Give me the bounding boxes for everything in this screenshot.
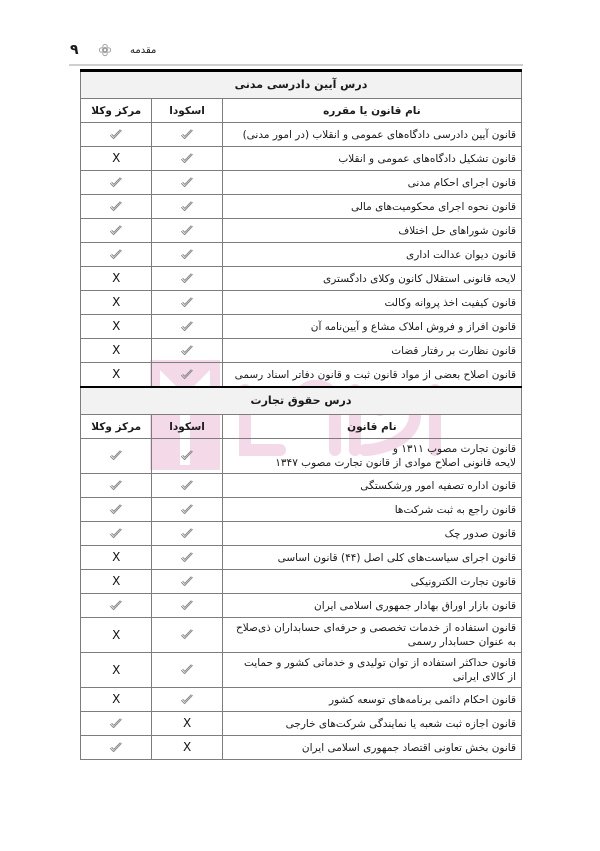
- law-name: قانون اجرای احکام مدنی: [228, 176, 516, 190]
- check-icon: [180, 552, 194, 564]
- eskooda-cell: [152, 546, 222, 570]
- check-icon: [180, 129, 194, 141]
- check-icon: [109, 177, 123, 189]
- law-name-cell: قانون نحوه اجرای محکومیت‌های مالی: [222, 195, 521, 219]
- eskooda-cell: X: [152, 712, 222, 736]
- x-mark-icon: X: [112, 319, 120, 333]
- check-icon: [109, 742, 123, 754]
- check-icon: [180, 694, 194, 706]
- law-name-cell: قانون راجع به ثبت شرکت‌ها: [222, 498, 521, 522]
- x-mark-icon: X: [112, 151, 120, 165]
- table-row: قانون شوراهای حل اختلاف: [81, 219, 522, 243]
- markaz-cell: [81, 498, 152, 522]
- law-name: قانون بازار اوراق بهادار جمهوری اسلامی ا…: [228, 599, 516, 613]
- table-row: قانون نحوه اجرای محکومیت‌های مالی: [81, 195, 522, 219]
- x-mark-icon: X: [112, 343, 120, 357]
- column-header-name: نام قانون: [222, 415, 521, 439]
- x-mark-icon: X: [183, 716, 191, 730]
- eskooda-cell: [152, 195, 222, 219]
- running-section-title: مقدمه: [130, 45, 156, 56]
- markaz-cell: [81, 243, 152, 267]
- law-name-cell: قانون دیوان عدالت اداری: [222, 243, 521, 267]
- table-row: قانون احکام دائمی برنامه‌های توسعه کشور …: [81, 688, 522, 712]
- check-icon: [180, 629, 194, 641]
- x-mark-icon: X: [112, 692, 120, 706]
- eskooda-cell: [152, 147, 222, 171]
- x-mark-icon: X: [112, 663, 120, 677]
- law-name-cell: قانون حداکثر استفاده از توان تولیدی و خد…: [222, 653, 521, 688]
- eskooda-cell: [152, 474, 222, 498]
- eskooda-cell: [152, 363, 222, 388]
- column-header-name: نام قانون یا مقرره: [222, 99, 521, 123]
- eskooda-cell: [152, 570, 222, 594]
- table-body: درس آیین دادرسی مدنی نام قانون یا مقرره …: [81, 71, 522, 760]
- check-icon: [180, 528, 194, 540]
- eskooda-cell: [152, 315, 222, 339]
- table-row: قانون تجارت مصوب ۱۳۱۱ و لایحه قانونی اصل…: [81, 439, 522, 474]
- law-name: قانون اداره تصفیه امور ورشکستگی: [228, 479, 516, 493]
- law-name-cell: قانون کیفیت اخذ پروانه وکالت: [222, 291, 521, 315]
- markaz-cell: [81, 195, 152, 219]
- law-name-cell: قانون افراز و فروش املاک مشاع و آیین‌نام…: [222, 315, 521, 339]
- table-row: لایحه قانونی استقلال کانون وکلای دادگستر…: [81, 267, 522, 291]
- table-row: قانون حداکثر استفاده از توان تولیدی و خد…: [81, 653, 522, 688]
- x-mark-icon: X: [112, 271, 120, 285]
- law-name-cell: قانون بازار اوراق بهادار جمهوری اسلامی ا…: [222, 594, 521, 618]
- column-header-eskooda: اسکودا: [152, 99, 222, 123]
- check-icon: [180, 249, 194, 261]
- eskooda-cell: [152, 267, 222, 291]
- check-icon: [109, 450, 123, 462]
- eskooda-cell: [152, 291, 222, 315]
- table-row: قانون استفاده از خدمات تخصصی و حرفه‌ای ح…: [81, 618, 522, 653]
- markaz-cell: X: [81, 267, 152, 291]
- x-mark-icon: X: [112, 550, 120, 564]
- law-name: قانون تشکیل دادگاه‌های عمومی و انقلاب: [228, 152, 516, 166]
- table-row: قانون کیفیت اخذ پروانه وکالت X: [81, 291, 522, 315]
- markaz-cell: [81, 219, 152, 243]
- page-number: ۹: [70, 42, 79, 58]
- table-row: قانون افراز و فروش املاک مشاع و آیین‌نام…: [81, 315, 522, 339]
- law-name-cell: قانون صدور چک: [222, 522, 521, 546]
- markaz-cell: X: [81, 618, 152, 653]
- table-row: قانون تجارت الکترونیکی X: [81, 570, 522, 594]
- table-row: قانون دیوان عدالت اداری: [81, 243, 522, 267]
- markaz-cell: X: [81, 653, 152, 688]
- law-name-cell: قانون اصلاح بعضی از مواد قانون ثبت و قان…: [222, 363, 521, 388]
- eskooda-cell: [152, 243, 222, 267]
- x-mark-icon: X: [112, 628, 120, 642]
- check-icon: [180, 504, 194, 516]
- law-name-cell: قانون اجازه ثبت شعبه یا نمایندگی شرکت‌ها…: [222, 712, 521, 736]
- eskooda-cell: [152, 123, 222, 147]
- markaz-cell: [81, 522, 152, 546]
- column-header-markaz: مرکز وکلا: [81, 415, 152, 439]
- markaz-cell: X: [81, 315, 152, 339]
- table-row: قانون نظارت بر رفتار قضات X: [81, 339, 522, 363]
- check-icon: [109, 528, 123, 540]
- law-name: قانون اجازه ثبت شعبه یا نمایندگی شرکت‌ها…: [228, 717, 516, 731]
- markaz-cell: [81, 123, 152, 147]
- markaz-cell: X: [81, 546, 152, 570]
- section-title-row: درس حقوق تجارت: [81, 387, 522, 415]
- eskooda-cell: [152, 688, 222, 712]
- law-name-cell: قانون شوراهای حل اختلاف: [222, 219, 521, 243]
- markaz-cell: X: [81, 688, 152, 712]
- law-name-cell: قانون اجرای سیاست‌های کلی اصل (۴۴) قانون…: [222, 546, 521, 570]
- law-name: قانون بخش تعاونی اقتصاد جمهوری اسلامی ای…: [228, 741, 516, 755]
- law-name: قانون احکام دائمی برنامه‌های توسعه کشور: [228, 693, 516, 707]
- column-header-markaz: مرکز وکلا: [81, 99, 152, 123]
- law-name-cell: لایحه قانونی استقلال کانون وکلای دادگستر…: [222, 267, 521, 291]
- check-icon: [180, 297, 194, 309]
- section-title: درس آیین دادرسی مدنی: [81, 71, 522, 99]
- eskooda-cell: X: [152, 736, 222, 760]
- table-row: قانون اجرای سیاست‌های کلی اصل (۴۴) قانون…: [81, 546, 522, 570]
- column-header-eskooda: اسکودا: [152, 415, 222, 439]
- check-icon: [180, 153, 194, 165]
- law-name: قانون راجع به ثبت شرکت‌ها: [228, 503, 516, 517]
- eskooda-cell: [152, 439, 222, 474]
- markaz-cell: X: [81, 339, 152, 363]
- eskooda-cell: [152, 498, 222, 522]
- law-name-cell: قانون اداره تصفیه امور ورشکستگی: [222, 474, 521, 498]
- check-icon: [109, 201, 123, 213]
- column-header-row: نام قانون اسکودا مرکز وکلا: [81, 415, 522, 439]
- law-name: قانون دیوان عدالت اداری: [228, 248, 516, 262]
- check-icon: [180, 576, 194, 588]
- law-name-cell: قانون استفاده از خدمات تخصصی و حرفه‌ای ح…: [222, 618, 521, 653]
- table-row: قانون تشکیل دادگاه‌های عمومی و انقلاب X: [81, 147, 522, 171]
- check-icon: [180, 600, 194, 612]
- markaz-cell: [81, 439, 152, 474]
- law-name: قانون صدور چک: [228, 527, 516, 541]
- law-name-cell: قانون نظارت بر رفتار قضات: [222, 339, 521, 363]
- check-icon: [180, 345, 194, 357]
- law-name-cell: قانون احکام دائمی برنامه‌های توسعه کشور: [222, 688, 521, 712]
- law-name: قانون اجرای سیاست‌های کلی اصل (۴۴) قانون…: [228, 551, 516, 565]
- table-row: قانون بازار اوراق بهادار جمهوری اسلامی ا…: [81, 594, 522, 618]
- section-title: درس حقوق تجارت: [81, 387, 522, 415]
- markaz-cell: [81, 736, 152, 760]
- check-icon: [109, 504, 123, 516]
- law-name: قانون اصلاح بعضی از مواد قانون ثبت و قان…: [228, 368, 516, 382]
- check-icon: [109, 225, 123, 237]
- table-row: قانون بخش تعاونی اقتصاد جمهوری اسلامی ای…: [81, 736, 522, 760]
- law-name: قانون حداکثر استفاده از توان تولیدی و خد…: [228, 656, 516, 684]
- eskooda-cell: [152, 171, 222, 195]
- markaz-cell: X: [81, 570, 152, 594]
- law-name-cell: قانون تجارت الکترونیکی: [222, 570, 521, 594]
- law-name-cell: قانون تشکیل دادگاه‌های عمومی و انقلاب: [222, 147, 521, 171]
- law-name: لایحه قانونی استقلال کانون وکلای دادگستر…: [228, 272, 516, 286]
- law-name: قانون کیفیت اخذ پروانه وکالت: [228, 296, 516, 310]
- markaz-cell: [81, 171, 152, 195]
- check-icon: [109, 129, 123, 141]
- check-icon: [180, 321, 194, 333]
- table-row: قانون اصلاح بعضی از مواد قانون ثبت و قان…: [81, 363, 522, 388]
- section-title-row: درس آیین دادرسی مدنی: [81, 71, 522, 99]
- law-name: قانون استفاده از خدمات تخصصی و حرفه‌ای ح…: [228, 621, 516, 649]
- check-icon: [180, 273, 194, 285]
- x-mark-icon: X: [112, 574, 120, 588]
- markaz-cell: X: [81, 363, 152, 388]
- law-name: قانون نظارت بر رفتار قضات: [228, 344, 516, 358]
- check-icon: [180, 225, 194, 237]
- check-icon: [109, 480, 123, 492]
- law-name: قانون تجارت الکترونیکی: [228, 575, 516, 589]
- check-icon: [180, 664, 194, 676]
- check-icon: [109, 718, 123, 730]
- page-header: ۹ مقدمه: [70, 42, 522, 62]
- check-icon: [109, 600, 123, 612]
- markaz-cell: [81, 712, 152, 736]
- eskooda-cell: [152, 594, 222, 618]
- markaz-cell: X: [81, 147, 152, 171]
- table-row: قانون آیین دادرسی دادگاه‌های عمومی و انق…: [81, 123, 522, 147]
- table-row: قانون اداره تصفیه امور ورشکستگی: [81, 474, 522, 498]
- law-name: قانون آیین دادرسی دادگاه‌های عمومی و انق…: [228, 128, 516, 142]
- eskooda-cell: [152, 522, 222, 546]
- law-name-cell: قانون آیین دادرسی دادگاه‌های عمومی و انق…: [222, 123, 521, 147]
- table-row: قانون اجازه ثبت شعبه یا نمایندگی شرکت‌ها…: [81, 712, 522, 736]
- check-icon: [180, 177, 194, 189]
- law-name: قانون نحوه اجرای محکومیت‌های مالی: [228, 200, 516, 214]
- law-name: قانون تجارت مصوب ۱۳۱۱ و لایحه قانونی اصل…: [228, 442, 516, 470]
- table-row: قانون اجرای احکام مدنی: [81, 171, 522, 195]
- law-name-cell: قانون بخش تعاونی اقتصاد جمهوری اسلامی ای…: [222, 736, 521, 760]
- x-mark-icon: X: [112, 295, 120, 309]
- check-icon: [180, 369, 194, 381]
- markaz-cell: [81, 594, 152, 618]
- eskooda-cell: [152, 653, 222, 688]
- eskooda-cell: [152, 618, 222, 653]
- column-header-row: نام قانون یا مقرره اسکودا مرکز وکلا: [81, 99, 522, 123]
- check-icon: [180, 450, 194, 462]
- table-row: قانون راجع به ثبت شرکت‌ها: [81, 498, 522, 522]
- check-icon: [109, 249, 123, 261]
- law-name-cell: قانون تجارت مصوب ۱۳۱۱ و لایحه قانونی اصل…: [222, 439, 521, 474]
- x-mark-icon: X: [183, 740, 191, 754]
- eskooda-cell: [152, 339, 222, 363]
- law-name: قانون شوراهای حل اختلاف: [228, 224, 516, 238]
- eskooda-cell: [152, 219, 222, 243]
- check-icon: [180, 480, 194, 492]
- header-rule: [69, 64, 523, 66]
- law-name: قانون افراز و فروش املاک مشاع و آیین‌نام…: [228, 320, 516, 334]
- diamond-flower-ornament-icon: [98, 42, 112, 56]
- x-mark-icon: X: [112, 367, 120, 381]
- law-name-cell: قانون اجرای احکام مدنی: [222, 171, 521, 195]
- markaz-cell: [81, 474, 152, 498]
- markaz-cell: X: [81, 291, 152, 315]
- law-comparison-table: درس آیین دادرسی مدنی نام قانون یا مقرره …: [80, 69, 522, 760]
- check-icon: [180, 201, 194, 213]
- table-row: قانون صدور چک: [81, 522, 522, 546]
